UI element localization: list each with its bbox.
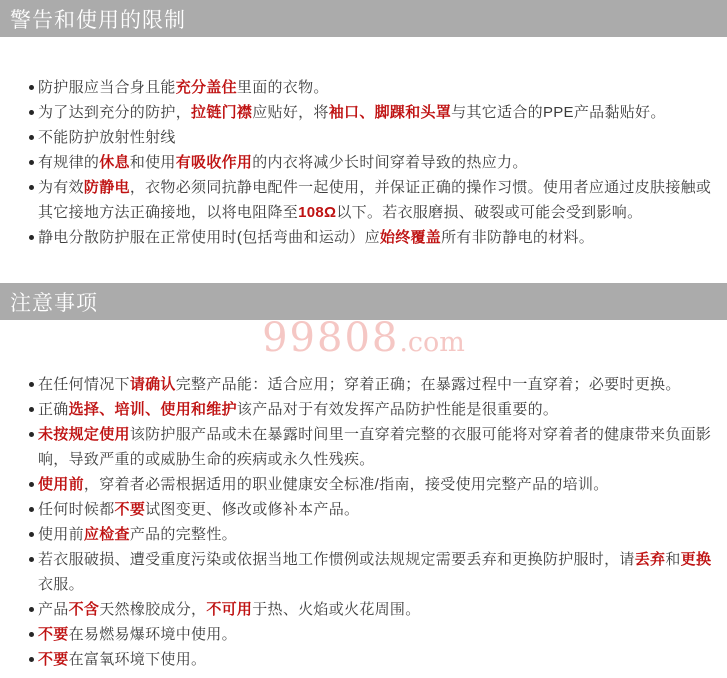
highlight-segment: 始终覆盖: [380, 229, 441, 246]
section-precautions-header: 注意事项: [0, 283, 727, 320]
list-item: 为了达到充分的防护，拉链门襟应贴好，将袖口、脚踝和头罩与其它适合的PPE产品黏贴…: [27, 100, 723, 125]
section-precautions-title: 注意事项: [10, 287, 98, 317]
highlight-segment: 不要: [115, 501, 146, 518]
text-segment: 若衣服破损、遭受重度污染或依据当地工作惯例或法规规定需要丢弃和更换防护服时，请: [38, 551, 635, 568]
highlight-segment: 不要: [38, 626, 69, 643]
list-item: 未按规定使用该防护服产品或未在暴露时间里一直穿着完整的衣服可能将对穿着者的健康带…: [27, 422, 723, 472]
precautions-list: 在任何情况下请确认完整产品能：适合应用；穿着正确；在暴露过程中一直穿着；必要时更…: [0, 320, 727, 672]
highlight-segment: 选择、培训、使用和维护: [69, 401, 237, 418]
highlight-segment: 拉链门襟: [191, 104, 252, 121]
section-precautions: 注意事项 99808.com 在任何情况下请确认完整产品能：适合应用；穿着正确；…: [0, 283, 727, 672]
section-warnings: 警告和使用的限制 防护服应当合身且能充分盖住里面的衣物。为了达到充分的防护，拉链…: [0, 0, 727, 283]
highlight-segment: 防静电: [84, 179, 130, 196]
text-segment: 试图变更、修改或修补本产品。: [145, 501, 359, 518]
text-segment: 和: [665, 551, 680, 568]
text-segment: 为有效: [38, 179, 84, 196]
list-item: 静电分散防护服在正常使用时(包括弯曲和运动）应始终覆盖所有非防静电的材料。: [27, 225, 723, 250]
text-segment: ，穿着者必需根据适用的职业健康安全标准/指南，接受使用完整产品的培训。: [84, 476, 609, 493]
text-segment: 所有非防静电的材料。: [441, 229, 594, 246]
text-segment: 防护服应当合身且能: [38, 79, 176, 96]
text-segment: 为了达到充分的防护，: [38, 104, 191, 121]
text-segment: 静电分散防护服在正常使用时(包括弯曲和运动）应: [38, 229, 380, 246]
text-segment: 使用前: [38, 526, 84, 543]
highlight-segment: 有吸收作用: [176, 154, 253, 171]
warnings-list: 防护服应当合身且能充分盖住里面的衣物。为了达到充分的防护，拉链门襟应贴好，将袖口…: [0, 37, 727, 283]
list-item: 不能防护放射性射线: [27, 125, 723, 150]
list-item: 为有效防静电，衣物必须同抗静电配件一起使用，并保证正确的操作习惯。使用者应通过皮…: [27, 175, 723, 225]
text-segment: 在易燃易爆环境中使用。: [69, 626, 237, 643]
section-warnings-title: 警告和使用的限制: [10, 4, 186, 34]
text-segment: 正确: [38, 401, 69, 418]
list-item: 在任何情况下请确认完整产品能：适合应用；穿着正确；在暴露过程中一直穿着；必要时更…: [27, 372, 723, 397]
list-item: 不要在富氧环境下使用。: [27, 647, 723, 672]
text-segment: 有规律的: [38, 154, 99, 171]
highlight-segment: 更换: [681, 551, 712, 568]
list-item: 防护服应当合身且能充分盖住里面的衣物。: [27, 75, 723, 100]
text-segment: 不能防护放射性射线: [38, 129, 176, 146]
page: 警告和使用的限制 防护服应当合身且能充分盖住里面的衣物。为了达到充分的防护，拉链…: [0, 0, 727, 678]
text-segment: 与其它适合的PPE产品黏贴好。: [451, 104, 666, 121]
section-warnings-header: 警告和使用的限制: [0, 0, 727, 37]
highlight-segment: 丢弃: [635, 551, 666, 568]
list-item: 有规律的休息和使用有吸收作用的内衣将减少长时间穿着导致的热应力。: [27, 150, 723, 175]
highlight-segment: 不要: [38, 651, 69, 668]
highlight-segment: 不含: [69, 601, 100, 618]
text-segment: 的内衣将减少长时间穿着导致的热应力。: [252, 154, 527, 171]
list-item: 产品不含天然橡胶成分，不可用于热、火焰或火花周围。: [27, 597, 723, 622]
list-item: 使用前应检查产品的完整性。: [27, 522, 723, 547]
list-item: 不要在易燃易爆环境中使用。: [27, 622, 723, 647]
list-item: 使用前，穿着者必需根据适用的职业健康安全标准/指南，接受使用完整产品的培训。: [27, 472, 723, 497]
text-segment: 在任何情况下: [38, 376, 130, 393]
text-segment: 应贴好，将: [252, 104, 329, 121]
highlight-segment: 108Ω: [298, 204, 336, 221]
text-segment: 里面的衣物。: [237, 79, 329, 96]
highlight-segment: 休息: [99, 154, 130, 171]
highlight-segment: 使用前: [38, 476, 84, 493]
text-segment: 产品的完整性。: [130, 526, 237, 543]
highlight-segment: 充分盖住: [176, 79, 237, 96]
text-segment: 完整产品能：适合应用；穿着正确；在暴露过程中一直穿着；必要时更换。: [176, 376, 681, 393]
text-segment: 和使用: [130, 154, 176, 171]
list-item: 若衣服破损、遭受重度污染或依据当地工作惯例或法规规定需要丢弃和更换防护服时，请丢…: [27, 547, 723, 597]
highlight-segment: 未按规定使用: [38, 426, 130, 443]
highlight-segment: 请确认: [130, 376, 176, 393]
text-segment: 天然橡胶成分，: [99, 601, 206, 618]
highlight-segment: 应检查: [84, 526, 130, 543]
text-segment: 产品: [38, 601, 69, 618]
text-segment: 于热、火焰或火花周围。: [252, 601, 420, 618]
text-segment: 任何时候都: [38, 501, 115, 518]
list-item: 正确选择、培训、使用和维护该产品对于有效发挥产品防护性能是很重要的。: [27, 397, 723, 422]
highlight-segment: 不可用: [206, 601, 252, 618]
text-segment: 衣服。: [38, 576, 84, 593]
text-segment: 该产品对于有效发挥产品防护性能是很重要的。: [237, 401, 558, 418]
text-segment: 该防护服产品或未在暴露时间里一直穿着完整的衣服可能将对穿着者的健康带来负面影响，…: [38, 426, 711, 468]
text-segment: 以下。若衣服磨损、破裂或可能会受到影响。: [336, 204, 642, 221]
text-segment: 在富氧环境下使用。: [69, 651, 207, 668]
list-item: 任何时候都不要试图变更、修改或修补本产品。: [27, 497, 723, 522]
highlight-segment: 袖口、脚踝和头罩: [329, 104, 451, 121]
